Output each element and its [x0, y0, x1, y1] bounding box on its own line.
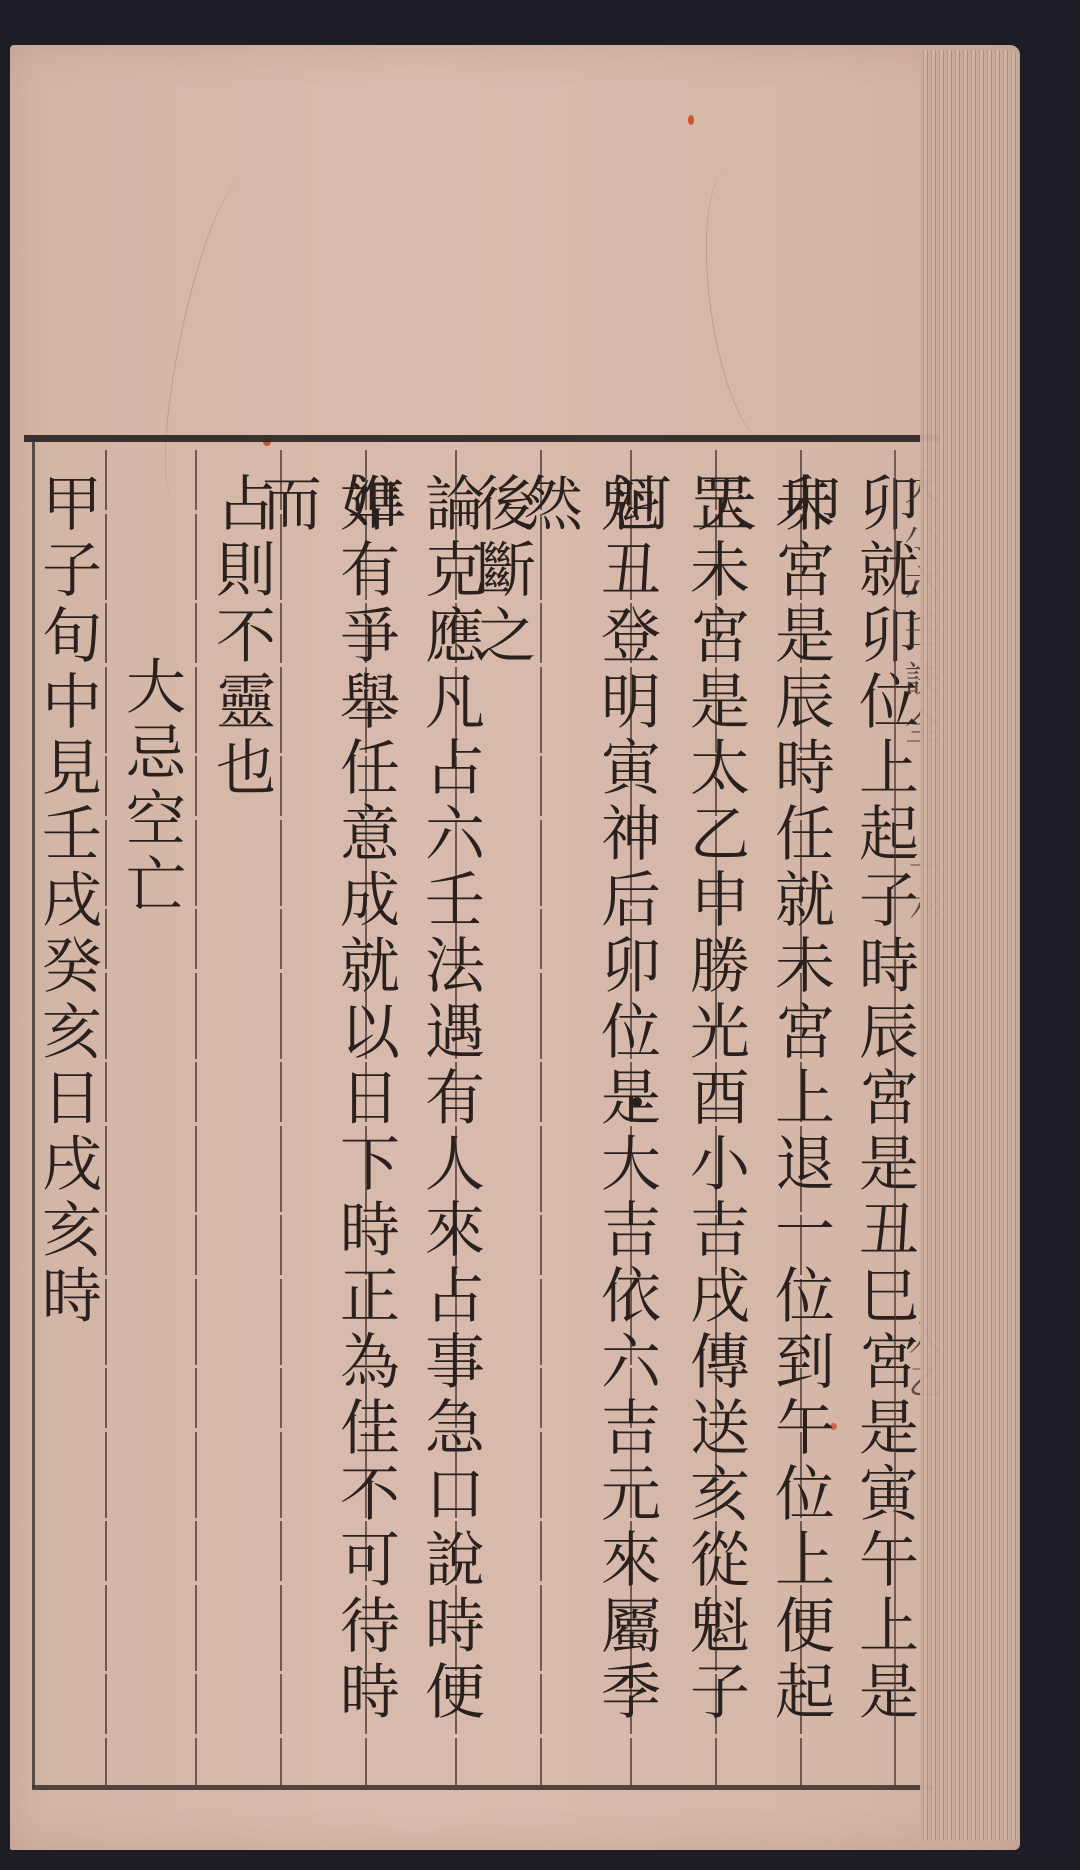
- scan-viewport: 卯就卯位上起子時辰宮是丑巳宮是寅午上是卯 未宮是辰時任就未宮上退一位到午位上便起…: [0, 0, 1080, 1870]
- lower-border-rule: [32, 1785, 934, 1790]
- text-column-10: 甲子旬中見壬戌癸亥日戌亥時: [28, 450, 106, 1785]
- text-column-8: 占則不靈也: [202, 450, 280, 1785]
- text-column-4: 魁丑登明寅神后卯位是大吉依六吉元來屬季然: [548, 450, 626, 1785]
- gutter-rule: [894, 450, 896, 1785]
- column-text: 占則不靈也: [202, 472, 280, 802]
- column-rule: [195, 450, 197, 1785]
- column-text: 甲子旬中見壬戌癸亥日戌亥時: [28, 472, 106, 1330]
- paper-fiber: [691, 161, 810, 450]
- stacked-page-edges: [920, 50, 1020, 1840]
- red-ink-speck: [688, 115, 694, 125]
- upper-border-rule: [24, 435, 940, 442]
- text-column-9: 大忌空亡: [112, 450, 190, 1785]
- column-text: 大忌空亡: [112, 655, 190, 919]
- ink-dot: [632, 1097, 642, 1107]
- book-page: 卯就卯位上起子時辰宮是丑巳宮是寅午上是卯 未宮是辰時任就未宮上退一位到午位上便起…: [10, 45, 1020, 1850]
- text-column-7: 如有爭舉任意成就以日下時正為佳不可待時而: [287, 450, 365, 1785]
